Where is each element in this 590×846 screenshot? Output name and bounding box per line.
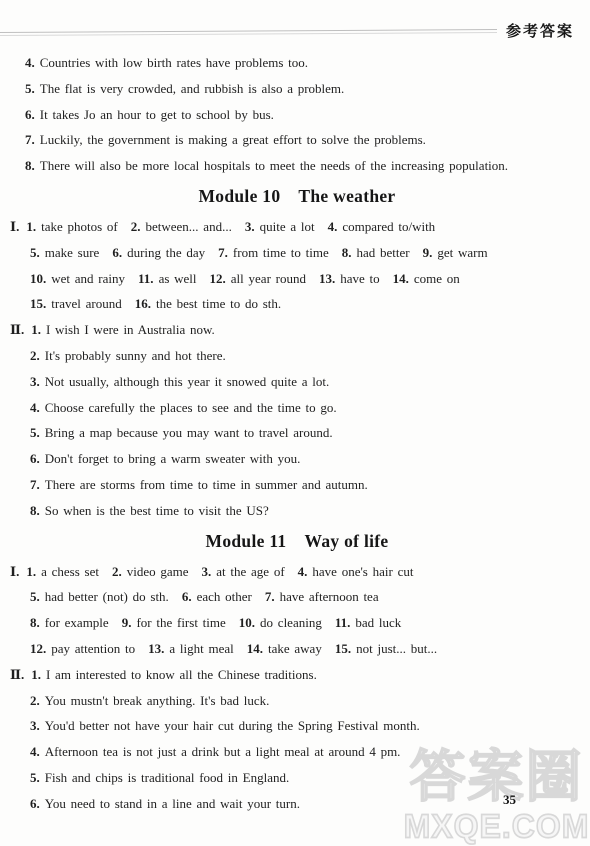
item-number: 2.	[30, 693, 40, 708]
item-text: Luckily, the government is making a grea…	[40, 132, 426, 147]
item-number: 7.	[218, 245, 228, 260]
item-number: 10.	[239, 615, 255, 630]
answer-item: 12.pay attention to	[30, 641, 135, 656]
answer-item: 1.a chess set	[26, 564, 99, 579]
answer-item: 3.quite a lot	[245, 219, 315, 234]
item-number: 7.	[30, 477, 40, 492]
answer-item: 14.come on	[393, 271, 460, 286]
item-text: get warm	[437, 245, 487, 260]
item-number: 6.	[112, 245, 122, 260]
item-number: 6.	[30, 451, 40, 466]
item-text: Countries with low birth rates have prob…	[40, 55, 308, 70]
item-number: 15.	[30, 296, 46, 311]
answer-item: 15.travel around	[30, 296, 122, 311]
item-text: had better (not) do sth.	[45, 589, 169, 604]
item-number: 1.	[26, 219, 36, 234]
answer-item: 3.at the age of	[202, 564, 285, 579]
item-number: 9.	[122, 615, 132, 630]
answer-item: 7.have afternoon tea	[265, 589, 379, 604]
item-text: take away	[268, 641, 322, 656]
answer-item: 6.It takes Jo an hour to get to school b…	[25, 107, 274, 122]
answer-item: 4.compared to/with	[328, 219, 436, 234]
item-text: a light meal	[169, 641, 233, 656]
answer-content: 4.Countries with low birth rates have pr…	[10, 50, 584, 817]
item-text: It takes Jo an hour to get to school by …	[40, 107, 274, 122]
item-number: 2.	[30, 348, 40, 363]
item-text: for example	[45, 615, 109, 630]
item-text: wet and rainy	[51, 271, 125, 286]
answer-line: 5.Fish and chips is traditional food in …	[10, 765, 584, 791]
item-text: Afternoon tea is not just a drink but a …	[45, 744, 401, 759]
item-number: 8.	[30, 503, 40, 518]
item-text: I am interested to know all the Chinese …	[46, 667, 317, 682]
answer-item: 13.have to	[319, 271, 380, 286]
item-text: from time to time	[233, 245, 329, 260]
answer-item: 10.wet and rainy	[30, 271, 125, 286]
item-number: 14.	[393, 271, 409, 286]
answer-line: 8.So when is the best time to visit the …	[10, 498, 584, 524]
header-divider-line	[0, 29, 497, 36]
item-text: You need to stand in a line and wait you…	[45, 796, 300, 811]
item-text: at the age of	[216, 564, 284, 579]
item-number: 6.	[30, 796, 40, 811]
item-text: make sure	[45, 245, 100, 260]
answer-item: 9.get warm	[423, 245, 488, 260]
item-text: I wish I were in Australia now.	[46, 322, 215, 337]
item-number: 5.	[30, 425, 40, 440]
item-text: It's probably sunny and hot there.	[45, 348, 226, 363]
answer-line: 5.The flat is very crowded, and rubbish …	[10, 76, 584, 102]
item-number: 1.	[26, 564, 36, 579]
item-text: pay attention to	[51, 641, 135, 656]
answer-line: 2.It's probably sunny and hot there.	[10, 343, 584, 369]
answer-item: 10.do cleaning	[239, 615, 322, 630]
item-text: Bring a map because you may want to trav…	[45, 425, 333, 440]
answer-item: 1.I wish I were in Australia now.	[31, 322, 215, 337]
item-text: compared to/with	[342, 219, 435, 234]
module-number: Module 11	[206, 531, 287, 551]
item-number: 13.	[148, 641, 164, 656]
answer-item: 1.I am interested to know all the Chines…	[31, 667, 317, 682]
answer-item: 13.a light meal	[148, 641, 234, 656]
item-text: So when is the best time to visit the US…	[45, 503, 269, 518]
section-roman-numeral: Ⅰ.	[10, 564, 19, 579]
answer-line: 8.There will also be more local hospital…	[10, 153, 584, 179]
answer-line: 7.There are storms from time to time in …	[10, 472, 584, 498]
item-text: You mustn't break anything. It's bad luc…	[45, 693, 270, 708]
item-text: have to	[340, 271, 379, 286]
item-number: 10.	[30, 271, 46, 286]
item-number: 12.	[210, 271, 226, 286]
module-title: The weather	[298, 186, 395, 206]
section-roman-numeral: Ⅱ.	[10, 322, 24, 337]
item-number: 3.	[30, 718, 40, 733]
item-number: 2.	[112, 564, 122, 579]
answer-item: 6.each other	[182, 589, 252, 604]
item-number: 4.	[298, 564, 308, 579]
item-number: 8.	[25, 158, 35, 173]
item-number: 4.	[30, 400, 40, 415]
answer-line: 6.You need to stand in a line and wait y…	[10, 791, 584, 817]
answer-line: 2.You mustn't break anything. It's bad l…	[10, 688, 584, 714]
header-label: 参考答案	[506, 20, 574, 41]
item-number: 7.	[265, 589, 275, 604]
answer-line: 15.travel around16.the best time to do s…	[10, 291, 584, 317]
answer-line: Ⅱ.1.I wish I were in Australia now.	[10, 317, 584, 343]
item-text: not just... but...	[356, 641, 437, 656]
answer-item: 5.make sure	[30, 245, 99, 260]
item-number: 4.	[30, 744, 40, 759]
answer-item: 5.had better (not) do sth.	[30, 589, 169, 604]
item-text: a chess set	[41, 564, 99, 579]
answer-item: 2.It's probably sunny and hot there.	[30, 348, 226, 363]
answer-item: 6.during the day	[112, 245, 205, 260]
module-heading: Module 10The weather	[10, 183, 584, 209]
answer-line: 3.Not usually, although this year it sno…	[10, 369, 584, 395]
item-number: 1.	[31, 322, 41, 337]
item-text: Not usually, although this year it snowe…	[45, 374, 330, 389]
item-number: 3.	[30, 374, 40, 389]
module-heading: Module 11Way of life	[10, 528, 584, 554]
item-number: 11.	[335, 615, 351, 630]
answer-item: 2.You mustn't break anything. It's bad l…	[30, 693, 269, 708]
item-text: have afternoon tea	[280, 589, 379, 604]
answer-item: 16.the best time to do sth.	[135, 296, 281, 311]
answer-item: 4.Choose carefully the places to see and…	[30, 400, 337, 415]
answer-line: 10.wet and rainy11.as well12.all year ro…	[10, 266, 584, 292]
answer-item: 4.Afternoon tea is not just a drink but …	[30, 744, 400, 759]
answer-item: 2.video game	[112, 564, 189, 579]
answer-item: 4.Countries with low birth rates have pr…	[25, 55, 308, 70]
item-number: 3.	[245, 219, 255, 234]
item-text: There will also be more local hospitals …	[40, 158, 508, 173]
item-number: 5.	[25, 81, 35, 96]
item-text: between... and...	[146, 219, 232, 234]
item-number: 5.	[30, 589, 40, 604]
answer-line: 4.Countries with low birth rates have pr…	[10, 50, 584, 76]
answer-line: 4.Choose carefully the places to see and…	[10, 395, 584, 421]
answer-item: 8.had better	[342, 245, 410, 260]
item-text: Don't forget to bring a warm sweater wit…	[45, 451, 301, 466]
answer-item: 14.take away	[247, 641, 322, 656]
answer-item: 6.You need to stand in a line and wait y…	[30, 796, 300, 811]
answer-item: 7.Luckily, the government is making a gr…	[25, 132, 426, 147]
answer-item: 8.for example	[30, 615, 109, 630]
item-number: 4.	[328, 219, 338, 234]
item-number: 16.	[135, 296, 151, 311]
item-text: for the first time	[136, 615, 225, 630]
item-text: You'd better not have your hair cut duri…	[45, 718, 420, 733]
item-text: Fish and chips is traditional food in En…	[45, 770, 289, 785]
answer-item: 4.have one's hair cut	[298, 564, 414, 579]
module-title: Way of life	[305, 531, 389, 551]
answer-line: 4.Afternoon tea is not just a drink but …	[10, 739, 584, 765]
item-number: 4.	[25, 55, 35, 70]
answer-line: Ⅰ.1.a chess set2.video game3.at the age …	[10, 559, 584, 585]
item-text: travel around	[51, 296, 121, 311]
item-number: 9.	[423, 245, 433, 260]
item-number: 5.	[30, 770, 40, 785]
answer-item: 9.for the first time	[122, 615, 226, 630]
item-text: take photos of	[41, 219, 118, 234]
item-text: had better	[357, 245, 410, 260]
page-header: 参考答案	[0, 20, 574, 41]
answer-item: 8.There will also be more local hospital…	[25, 158, 508, 173]
answer-item: 3.You'd better not have your hair cut du…	[30, 718, 420, 733]
section-roman-numeral: Ⅰ.	[10, 219, 19, 234]
item-text: the best time to do sth.	[156, 296, 281, 311]
item-text: as well	[159, 271, 197, 286]
item-text: quite a lot	[260, 219, 315, 234]
item-number: 14.	[247, 641, 263, 656]
answer-line: 6.It takes Jo an hour to get to school b…	[10, 102, 584, 128]
answer-line: Ⅰ.1.take photos of2.between... and...3.q…	[10, 214, 584, 240]
answer-line: 5.Bring a map because you may want to tr…	[10, 420, 584, 446]
item-number: 7.	[25, 132, 35, 147]
item-number: 8.	[30, 615, 40, 630]
item-text: do cleaning	[260, 615, 322, 630]
item-number: 1.	[31, 667, 41, 682]
answer-item: 1.take photos of	[26, 219, 117, 234]
item-text: bad luck	[355, 615, 401, 630]
item-text: The flat is very crowded, and rubbish is…	[40, 81, 345, 96]
item-number: 11.	[138, 271, 154, 286]
answer-line: 5.had better (not) do sth.6.each other7.…	[10, 584, 584, 610]
answer-line: 12.pay attention to13.a light meal14.tak…	[10, 636, 584, 662]
answer-item: 7.There are storms from time to time in …	[30, 477, 368, 492]
item-number: 6.	[182, 589, 192, 604]
item-text: video game	[127, 564, 189, 579]
item-text: all year round	[231, 271, 306, 286]
answer-line: 8.for example9.for the first time10.do c…	[10, 610, 584, 636]
item-text: each other	[197, 589, 252, 604]
answer-item: 5.Fish and chips is traditional food in …	[30, 770, 289, 785]
answer-item: 7.from time to time	[218, 245, 329, 260]
item-number: 2.	[131, 219, 141, 234]
answer-key-page: 参考答案 4.Countries with low birth rates ha…	[0, 0, 590, 846]
item-number: 15.	[335, 641, 351, 656]
answer-line: 6.Don't forget to bring a warm sweater w…	[10, 446, 584, 472]
item-number: 13.	[319, 271, 335, 286]
section-roman-numeral: Ⅱ.	[10, 667, 24, 682]
module-number: Module 10	[198, 186, 280, 206]
item-number: 8.	[342, 245, 352, 260]
item-number: 3.	[202, 564, 212, 579]
answer-item: 11.as well	[138, 271, 197, 286]
answer-item: 2.between... and...	[131, 219, 232, 234]
answer-line: 3.You'd better not have your hair cut du…	[10, 713, 584, 739]
item-text: Choose carefully the places to see and t…	[45, 400, 337, 415]
item-number: 5.	[30, 245, 40, 260]
item-number: 12.	[30, 641, 46, 656]
answer-item: 11.bad luck	[335, 615, 401, 630]
answer-item: 5.The flat is very crowded, and rubbish …	[25, 81, 344, 96]
item-text: come on	[414, 271, 460, 286]
answer-line: 5.make sure6.during the day7.from time t…	[10, 240, 584, 266]
answer-item: 15.not just... but...	[335, 641, 437, 656]
page-number: 35	[503, 792, 516, 808]
answer-item: 3.Not usually, although this year it sno…	[30, 374, 329, 389]
item-text: There are storms from time to time in su…	[45, 477, 368, 492]
item-text: have one's hair cut	[312, 564, 413, 579]
answer-item: 12.all year round	[210, 271, 306, 286]
item-text: during the day	[127, 245, 205, 260]
item-number: 6.	[25, 107, 35, 122]
answer-line: Ⅱ.1.I am interested to know all the Chin…	[10, 662, 584, 688]
answer-item: 5.Bring a map because you may want to tr…	[30, 425, 333, 440]
answer-item: 8.So when is the best time to visit the …	[30, 503, 269, 518]
answer-line: 7.Luckily, the government is making a gr…	[10, 127, 584, 153]
answer-item: 6.Don't forget to bring a warm sweater w…	[30, 451, 300, 466]
